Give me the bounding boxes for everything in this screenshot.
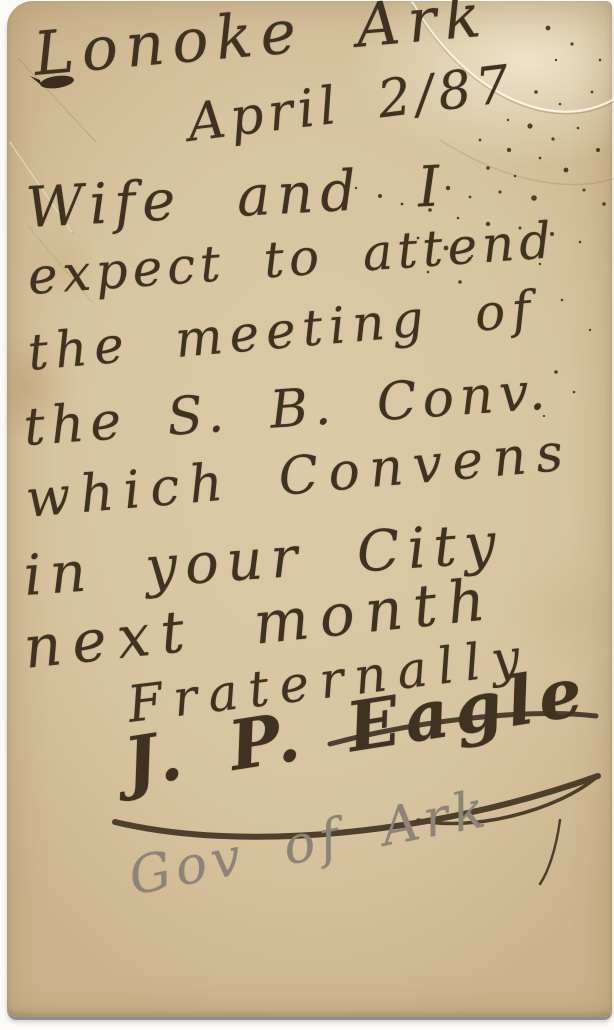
scanned-postcard: Lonoke Ark April 2/87 Wife and I expect … (0, 0, 614, 1030)
